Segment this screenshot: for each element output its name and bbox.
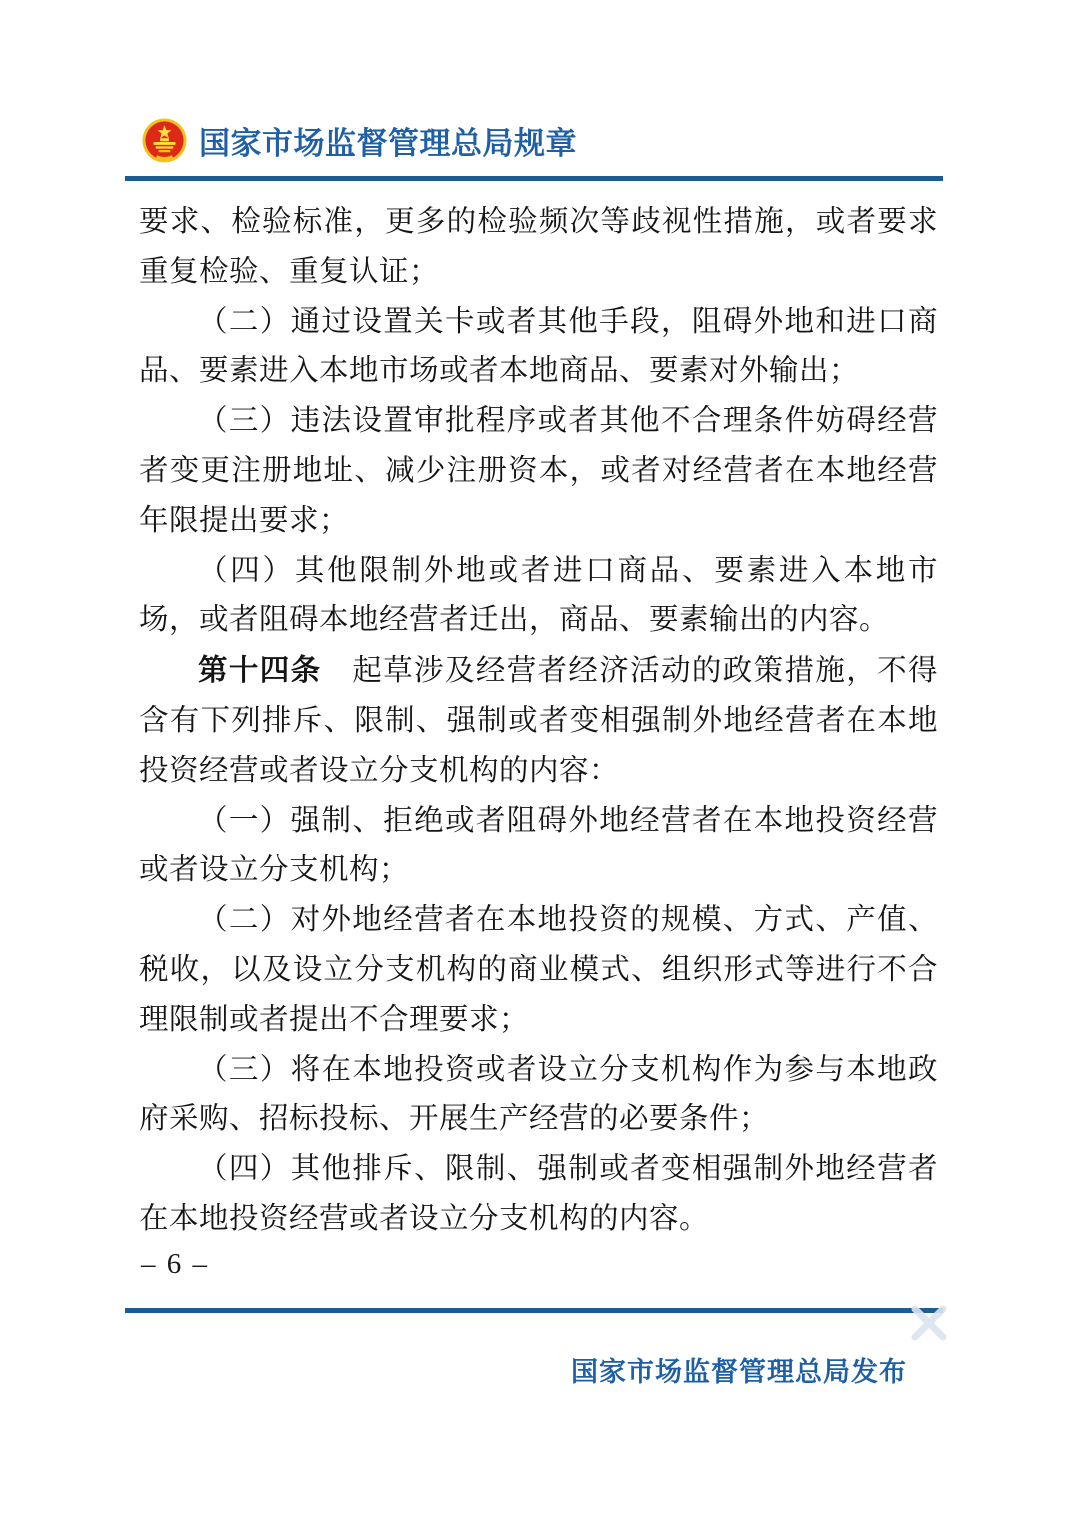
body-paragraph-article-14: 第十四条 起草涉及经营者经济活动的政策措施，不得含有下列排斥、限制、强制或者变相…: [139, 646, 938, 796]
document-body: 要求、检验标准，更多的检验频次等歧视性措施，或者要求重复检验、重复认证； （二）…: [139, 198, 938, 1245]
document-page: 国家市场监督管理总局规章 要求、检验标准，更多的检验频次等歧视性措施，或者要求重…: [0, 0, 1074, 1520]
footer-publisher: 国家市场监督管理总局发布: [139, 1350, 938, 1389]
body-paragraph: （二）通过设置关卡或者其他手段，阻碍外地和进口商品、要素进入本地市场或者本地商品…: [139, 298, 938, 398]
watermark-x-icon: [906, 1300, 952, 1346]
body-paragraph: （二）对外地经营者在本地投资的规模、方式、产值、税收，以及设立分支机构的商业模式…: [139, 896, 938, 1045]
body-paragraph: （三）将在本地投资或者设立分支机构作为参与本地政府采购、招标投标、开展生产经营的…: [139, 1046, 938, 1146]
body-paragraph: （三）违法设置审批程序或者其他不合理条件妨碍经营者变更注册地址、减少注册资本，或…: [139, 397, 938, 546]
body-paragraph: 要求、检验标准，更多的检验频次等歧视性措施，或者要求重复检验、重复认证；: [139, 198, 938, 298]
page-number: – 6 –: [141, 1248, 209, 1281]
body-paragraph: （四）其他限制外地或者进口商品、要素进入本地市场，或者阻碍本地经营者迁出，商品、…: [139, 547, 938, 647]
body-paragraph: （一）强制、拒绝或者阻碍外地经营者在本地投资经营或者设立分支机构；: [139, 797, 938, 897]
body-paragraph: （四）其他排斥、限制、强制或者变相强制外地经营者在本地投资经营或者设立分支机构的…: [139, 1145, 938, 1245]
header-divider: [125, 176, 943, 181]
national-emblem-icon: [141, 117, 188, 164]
page-title: 国家市场监督管理总局规章: [199, 118, 577, 163]
footer-divider: [125, 1308, 943, 1313]
article-number: 第十四条: [198, 654, 321, 687]
page-header: 国家市场监督管理总局规章: [141, 117, 577, 164]
